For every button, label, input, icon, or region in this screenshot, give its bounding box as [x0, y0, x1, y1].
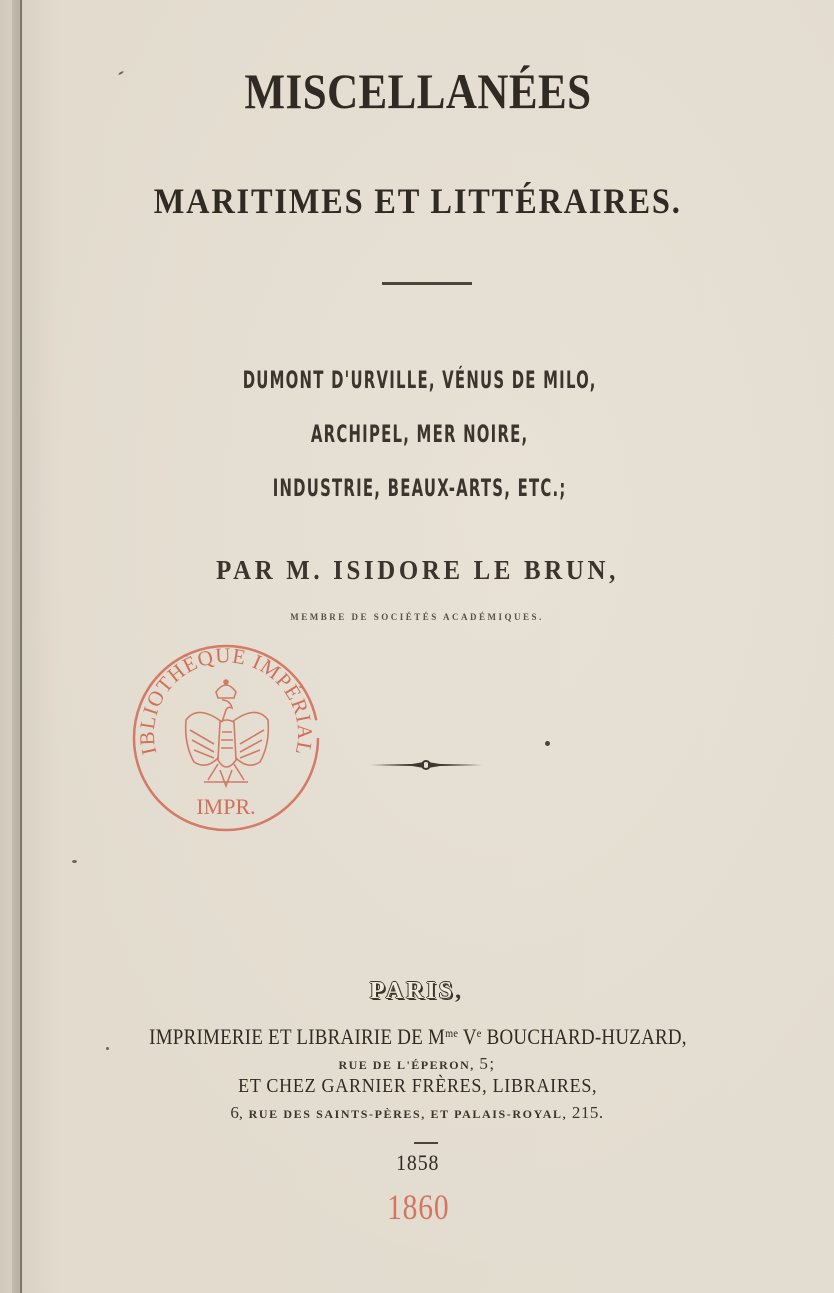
author-affiliation: MEMBRE DE SOCIÉTÉS ACADÉMIQUES.	[0, 612, 834, 622]
title-divider	[382, 282, 472, 285]
book-title: MISCELLANÉES	[59, 62, 776, 120]
paper-speck	[545, 741, 550, 746]
imprint-city-name: PARIS	[370, 978, 455, 1004]
printer-superscript-me: me	[445, 1026, 458, 1040]
printer-name: BOUCHARD-HUZARD,	[482, 1024, 687, 1049]
library-stamp-icon: BIBLIOTHÈQUE IMPÉRIALE IMPR.	[128, 640, 324, 836]
ornament-divider-icon	[368, 758, 484, 772]
date-divider	[414, 1142, 438, 1144]
topics-line-3: INDUSTRIE, BEAUX-ARTS, ETC.;	[161, 474, 678, 502]
imperial-eagle-icon	[186, 680, 269, 786]
printer-street: RUE DE L'ÉPERON,	[338, 1058, 479, 1072]
bookseller-palais-number: 215.	[572, 1103, 604, 1122]
imprint-city: PARIS,	[0, 978, 834, 1005]
printer-mid: V	[458, 1024, 477, 1049]
bookseller-address: 6, RUE DES SAINTS-PÈRES, ET PALAIS-ROYAL…	[0, 1103, 834, 1123]
paper-speck	[72, 860, 77, 863]
author-byline: PAR M. ISIDORE LE BRUN,	[34, 555, 801, 586]
topics-line-2: ARCHIPEL, MER NOIRE,	[161, 420, 678, 448]
stamped-year: 1860	[76, 1186, 760, 1228]
printer-address: RUE DE L'ÉPERON, 5;	[0, 1054, 834, 1074]
printer-street-number: 5;	[479, 1054, 495, 1073]
binding-shadow	[12, 0, 20, 1293]
paper-speck	[106, 1047, 109, 1050]
library-stamp: BIBLIOTHÈQUE IMPÉRIALE IMPR.	[128, 640, 324, 836]
imprint-city-comma: ,	[455, 978, 464, 1004]
imprint-bookseller: ET CHEZ GARNIER FRÈRES, LIBRAIRES,	[42, 1075, 793, 1098]
topics-line-1: DUMONT D'URVILLE, VÉNUS DE MILO,	[161, 366, 678, 394]
book-subtitle: MARITIMES ET LITTÉRAIRES.	[42, 180, 793, 222]
svg-text:IMPR.: IMPR.	[196, 794, 255, 819]
publication-year: 1858	[42, 1150, 793, 1176]
title-page: MISCELLANÉES MARITIMES ET LITTÉRAIRES. D…	[0, 0, 834, 1293]
printer-prefix: IMPRIMERIE ET LIBRAIRIE DE M	[149, 1024, 445, 1049]
bookseller-street: , RUE DES SAINTS-PÈRES, ET PALAIS-ROYAL,	[239, 1107, 571, 1121]
imprint-printer: IMPRIMERIE ET LIBRAIRIE DE Mme Ve BOUCHA…	[59, 1024, 776, 1050]
binding-edge	[20, 0, 22, 1293]
